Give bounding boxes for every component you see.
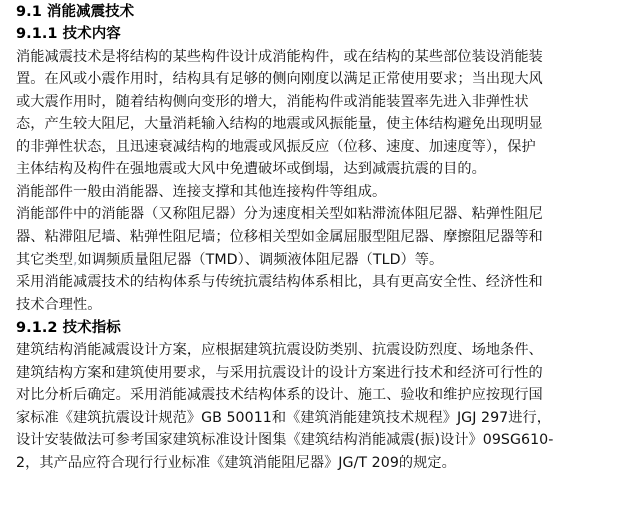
paragraph-line: 建筑结构消能减震设计方案，应根据建筑抗震设防类别、抗震设防烈度、场地条件、 xyxy=(16,339,543,361)
paragraph-line: 的非弹性状态，且迅速衰减结构的地震或风振反应（位移、速度、加速度等），保护 xyxy=(16,136,536,158)
paragraph-line: 消能部件中的消能器（又称阻尼器）分为速度相关型如粘滞流体阻尼器、粘弹性阻尼 xyxy=(16,203,543,225)
paragraph-line: 或大震作用时，随着结构侧向变形的增大，消能构件或消能装置率先进入非弹性状 xyxy=(16,91,529,113)
paragraph-line: 技术合理性。 xyxy=(16,294,101,316)
paragraph-line: 主体结构及构件在强地震或大风中免遭破坏或倒塌，达到减震抗震的目的。 xyxy=(16,158,486,180)
paragraph-line: 采用消能减震技术的结构体系与传统抗震结构体系相比，具有更高安全性、经济性和 xyxy=(16,271,543,293)
section-title: 9.1 消能减震技术 xyxy=(16,1,134,23)
paragraph-line: 消能部件一般由消能器、连接支撑和其他连接构件等组成。 xyxy=(16,181,386,203)
paragraph-line: 消能减震技术是将结构的某些构件设计成消能构件，或在结构的某些部位装设消能装 xyxy=(16,46,543,68)
text-span: 其它类型 xyxy=(16,252,73,268)
text-span: 如调频质量阻尼器（TMD）、调频液体阻尼器（TLD）等。 xyxy=(78,252,444,268)
subsection-title-technical-indicators: 9.1.2 技术指标 xyxy=(16,317,121,339)
paragraph-line: 设计安装做法可参考国家建筑标准设计图集《建筑结构消能减震(振)设计》09SG61… xyxy=(16,429,553,451)
paragraph-line: 家标准《建筑抗震设计规范》GB 50011和《建筑消能建筑技术规程》JGJ 29… xyxy=(16,407,551,429)
paragraph-line: 其它类型,如调频质量阻尼器（TMD）、调频液体阻尼器（TLD）等。 xyxy=(16,249,443,271)
paragraph-line: 建筑结构方案和建筑使用要求，与采用抗震设计的设计方案进行技术和经济可行性的 xyxy=(16,362,543,384)
paragraph-line: 对比分析后确定。采用消能减震技术结构体系的设计、施工、验收和维护应按现行国 xyxy=(16,384,543,406)
paragraph-line: 态，产生较大阻尼，大量消耗输入结构的地震或风振能量，使主体结构避免出现明显 xyxy=(16,113,543,135)
paragraph-line: 2，其产品应符合现行行业标准《建筑消能阻尼器》JG/T 209的规定。 xyxy=(16,452,456,474)
paragraph-line: 器、粘滞阻尼墙、粘弹性阻尼墙；位移相关型如金属屈服型阻尼器、摩擦阻尼器等和 xyxy=(16,226,543,248)
paragraph-line: 置。在风或小震作用时，结构具有足够的侧向刚度以满足正常使用要求；当出现大风 xyxy=(16,68,543,90)
subsection-title-technical-content: 9.1.1 技术内容 xyxy=(16,23,121,45)
